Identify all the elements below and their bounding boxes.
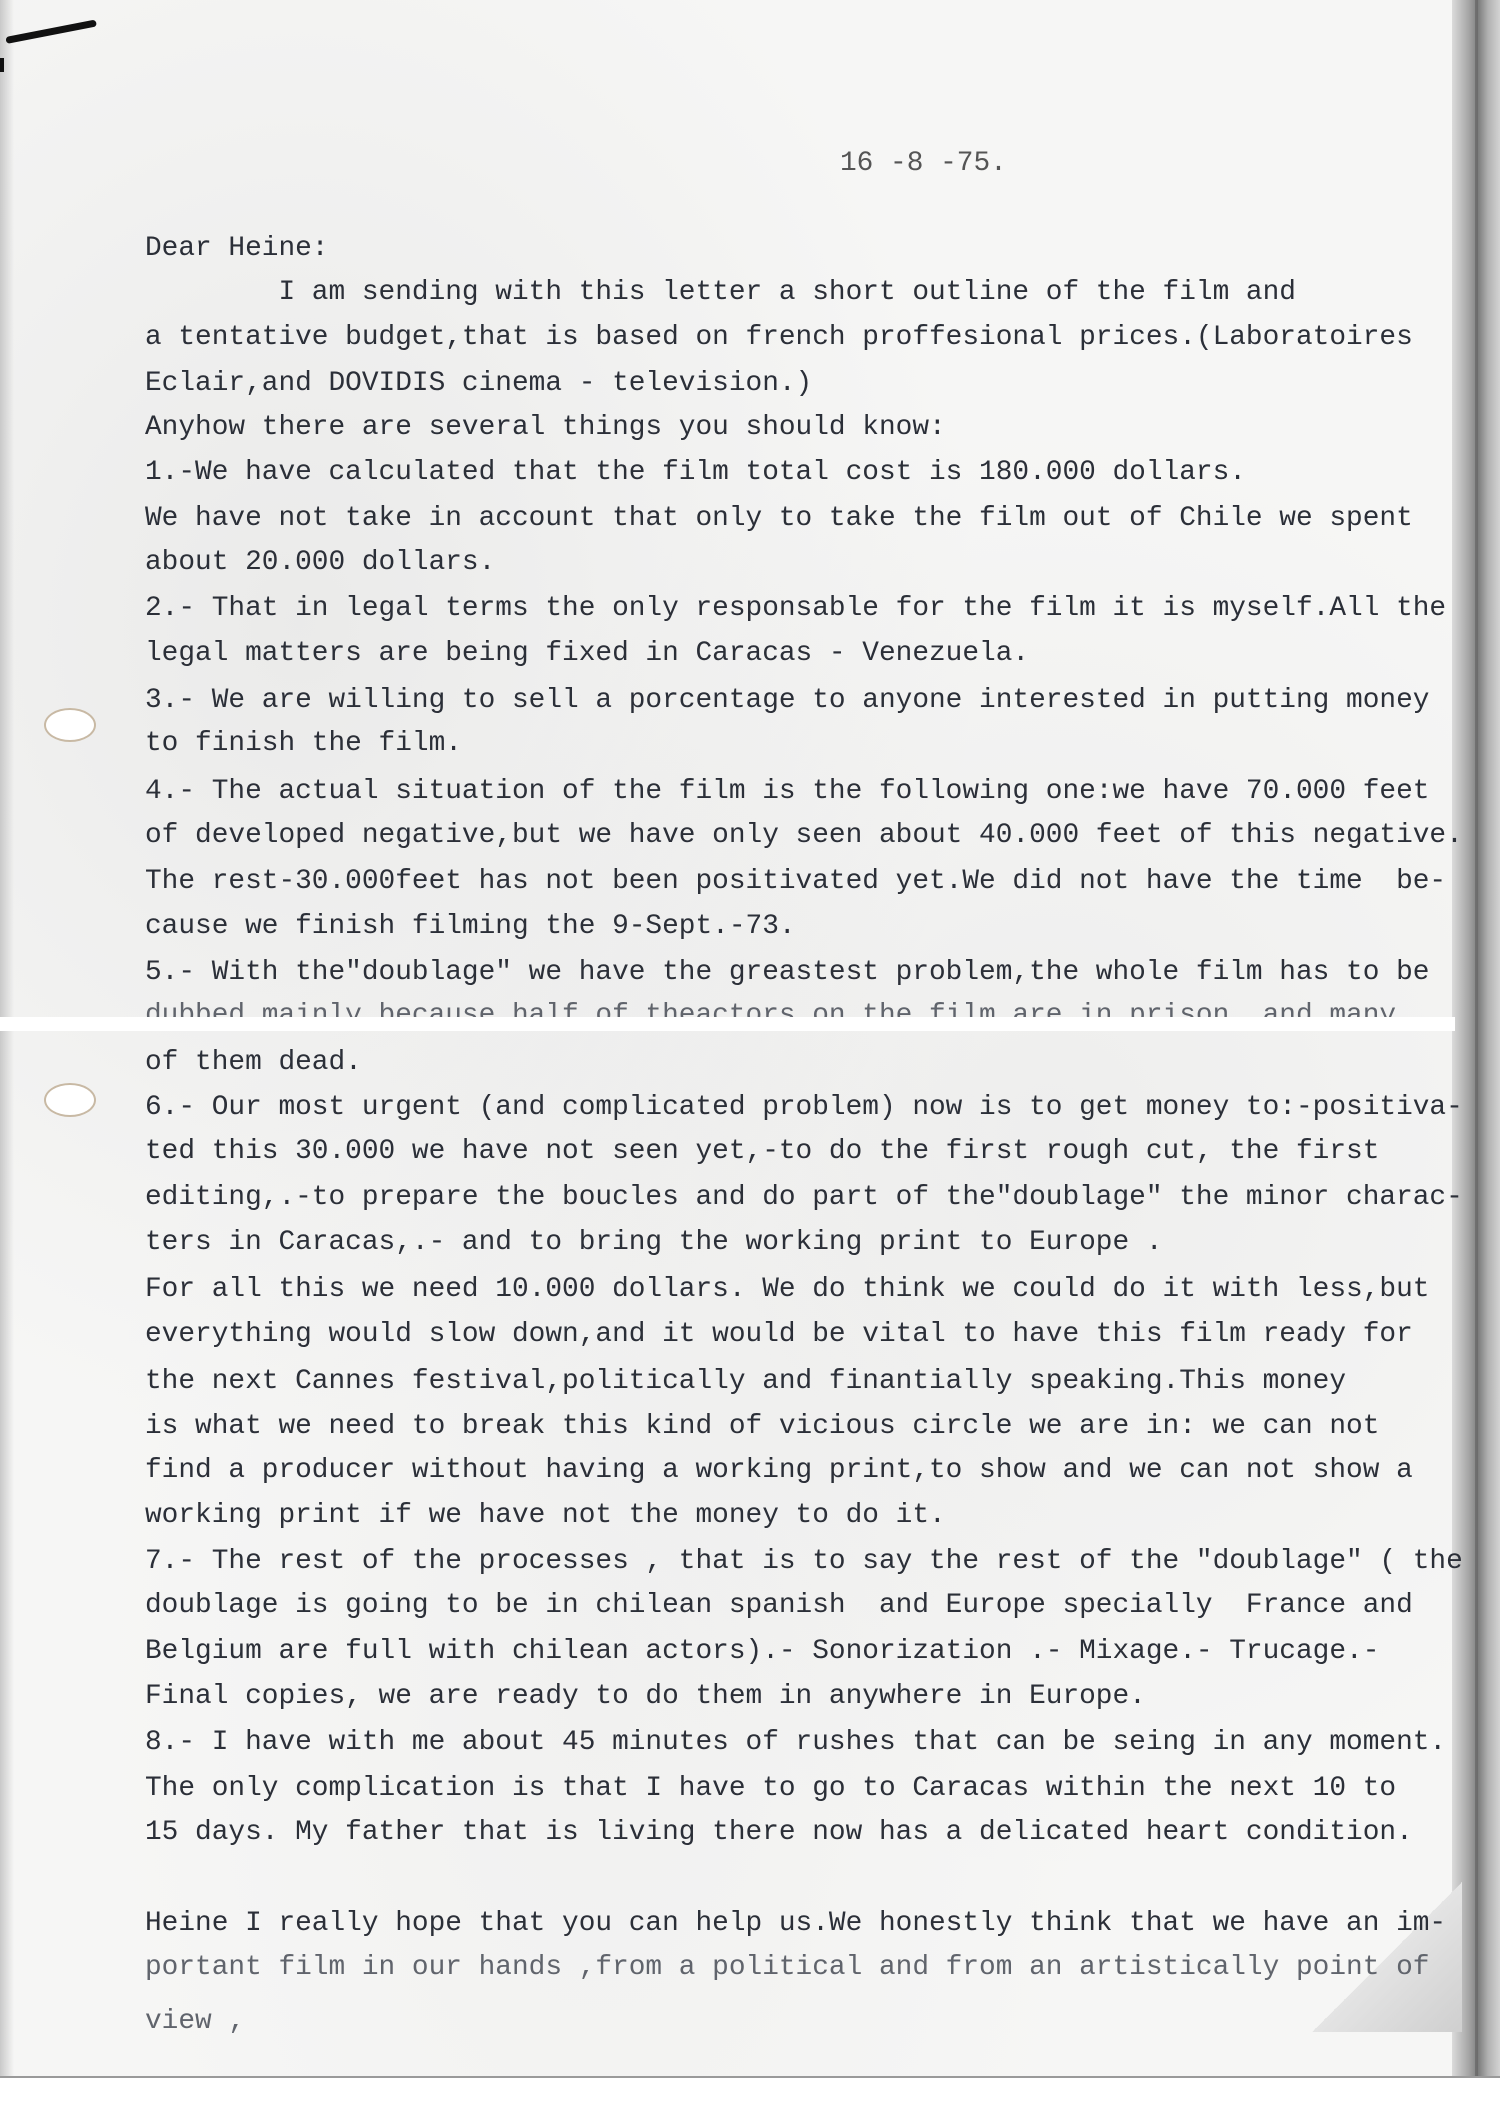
letter-line: about 20.000 dollars.: [145, 547, 495, 579]
page-fold-crease: [0, 1017, 1455, 1031]
closing-line: view ,: [145, 2006, 245, 2038]
letter-line: 7.- The rest of the processes , that is …: [145, 1546, 1463, 1578]
letter-line: working print if we have not the money t…: [145, 1500, 946, 1532]
letter-line: For all this we need 10.000 dollars. We …: [145, 1274, 1429, 1306]
letter-line: doublage is going to be in chilean spani…: [145, 1590, 1413, 1622]
letter-line: Final copies, we are ready to do them in…: [145, 1681, 1146, 1713]
closing-line: Heine I really hope that you can help us…: [145, 1908, 1446, 1940]
letter-line: a tentative budget,that is based on fren…: [145, 322, 1413, 354]
punch-hole-icon: [44, 708, 96, 742]
ink-mark-small: [0, 58, 4, 72]
letter-line: 4.- The actual situation of the film is …: [145, 776, 1429, 808]
letter-date: 16 -8 -75.: [840, 148, 1007, 180]
letter-line: legal matters are being fixed in Caracas…: [145, 638, 1029, 670]
letter-line: Belgium are full with chilean actors).- …: [145, 1636, 1379, 1668]
letter-line: everything would slow down,and it would …: [145, 1319, 1413, 1351]
letter-line: 2.- That in legal terms the only respons…: [145, 593, 1446, 625]
letter-line: of them dead.: [145, 1047, 362, 1079]
letter-line: I am sending with this letter a short ou…: [145, 277, 1296, 309]
letter-line: ters in Caracas,.- and to bring the work…: [145, 1227, 1163, 1259]
letter-line: the next Cannes festival,politically and…: [145, 1366, 1346, 1398]
letter-line: editing,.-to prepare the boucles and do …: [145, 1182, 1463, 1214]
letter-line: The rest-30.000feet has not been positiv…: [145, 866, 1446, 898]
page-right-edge-line: [1475, 0, 1478, 2076]
punch-hole-icon: [44, 1083, 96, 1117]
letter-line: find a producer without having a working…: [145, 1455, 1413, 1487]
letter-line: ted this 30.000 we have not seen yet,-to…: [145, 1136, 1379, 1168]
letter-line: 8.- I have with me about 45 minutes of r…: [145, 1727, 1446, 1759]
letter-line: of developed negative,but we have only s…: [145, 820, 1463, 852]
ink-mark: [5, 20, 97, 44]
closing-line: portant film in our hands ,from a politi…: [145, 1952, 1429, 1984]
letter-line: 6.- Our most urgent (and complicated pro…: [145, 1092, 1463, 1124]
letter-line: 5.- With the"doublage" we have the greas…: [145, 957, 1429, 989]
letter-line: We have not take in account that only to…: [145, 503, 1413, 535]
letter-line: The only complication is that I have to …: [145, 1773, 1396, 1805]
letter-line: Eclair,and DOVIDIS cinema - television.): [145, 368, 812, 400]
letter-line: 1.-We have calculated that the film tota…: [145, 457, 1246, 489]
letter-line: 15 days. My father that is living there …: [145, 1817, 1413, 1849]
letter-line: Anyhow there are several things you shou…: [145, 412, 946, 444]
salutation: Dear Heine:: [145, 233, 329, 265]
letter-line: cause we finish filming the 9-Sept.-73.: [145, 911, 796, 943]
letter-line: is what we need to break this kind of vi…: [145, 1411, 1379, 1443]
letter-page: 16 -8 -75. Dear Heine: I am sending with…: [0, 0, 1500, 2078]
letter-line: to finish the film.: [145, 728, 462, 760]
letter-line: 3.- We are willing to sell a porcentage …: [145, 685, 1429, 717]
page-left-shadow: [0, 0, 14, 2076]
